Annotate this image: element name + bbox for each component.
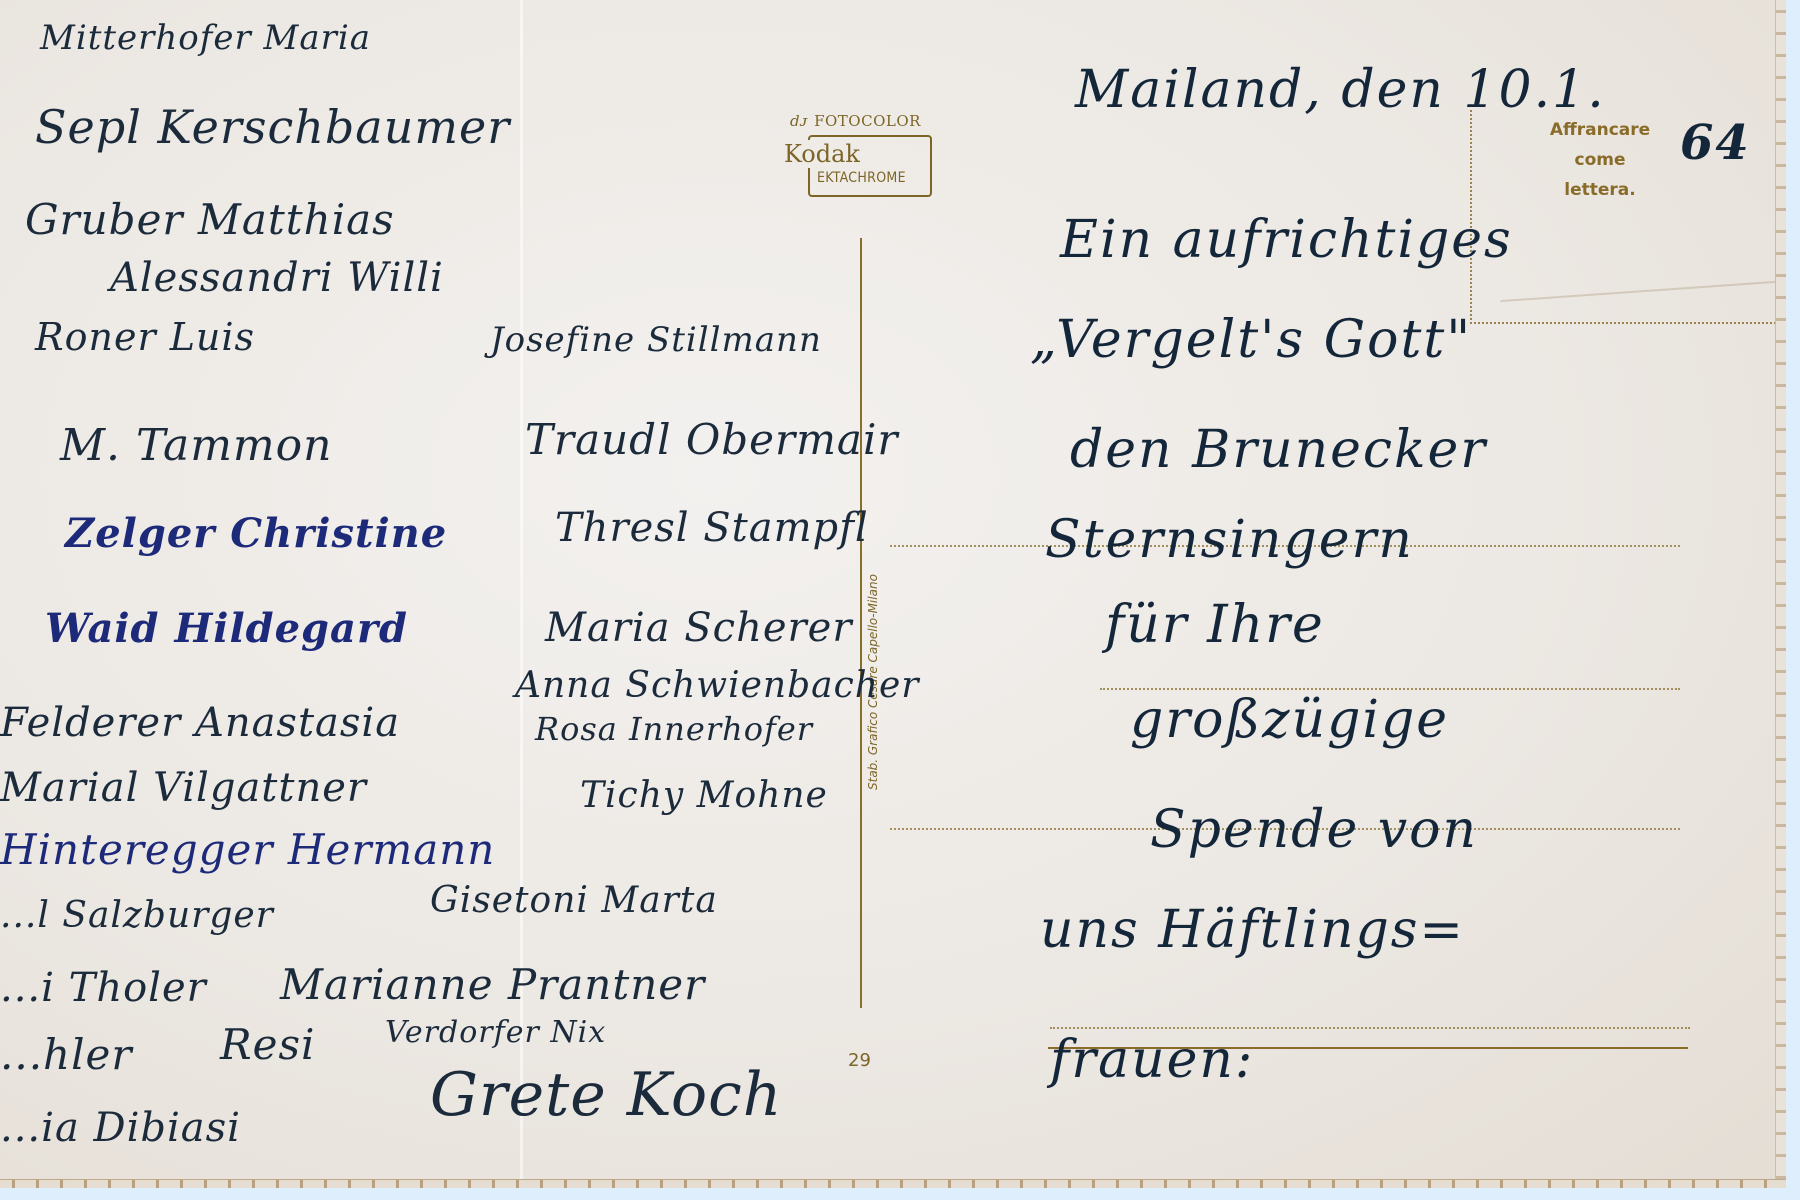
message-line-7: Spende von <box>1150 800 1478 860</box>
fold-mark <box>520 0 523 1188</box>
fotocolor-text: FOTOCOLOR <box>814 112 921 130</box>
signature: Mitterhofer Maria <box>40 18 371 58</box>
message-line-2: „Vergelt's Gott" <box>1030 310 1472 370</box>
signature: M. Tammon <box>60 420 332 471</box>
signature: ...i Tholer <box>0 965 207 1011</box>
deckled-edge-right <box>1775 0 1786 1188</box>
signature: Felderer Anastasia <box>0 700 400 746</box>
message-line-9: frauen: <box>1050 1030 1254 1090</box>
signature: Resi <box>220 1020 315 1069</box>
signature: Marianne Prantner <box>280 960 705 1009</box>
signature: Sepl Kerschbaumer <box>35 100 510 154</box>
signature: ...ia Dibiasi <box>0 1105 241 1151</box>
signature: Traudl Obermair <box>525 415 898 464</box>
message-line-8: uns Häftlings= <box>1040 900 1465 960</box>
message-line-1: Ein aufrichtiges <box>1060 210 1513 270</box>
center-divider <box>860 238 862 1008</box>
signature: Rosa Innerhofer <box>535 710 813 748</box>
deckled-edge-bottom <box>0 1179 1786 1188</box>
signature: Waid Hildegard <box>45 605 408 652</box>
signature: Alessandri Willi <box>110 255 444 301</box>
signature: ...hler <box>0 1030 132 1079</box>
signature: Gruber Matthias <box>25 195 395 244</box>
message-line-5: für Ihre <box>1105 595 1325 655</box>
stamp-instructions: Affrancare come lettera. <box>1500 115 1700 205</box>
publisher-mark: dᴊ <box>790 112 808 130</box>
signature: ...l Salzburger <box>0 895 274 936</box>
fotocolor-label: dᴊFOTOCOLOR <box>790 112 921 130</box>
card-number: 29 <box>848 1050 871 1071</box>
message-line-6: großzügige <box>1130 690 1449 750</box>
signature: Zelger Christine <box>65 510 447 557</box>
ektachrome-label: EKTACHROME <box>817 170 906 186</box>
signature: Maria Scherer <box>545 605 852 651</box>
signature: Gisetoni Marta <box>430 880 718 921</box>
signature: Anna Schwienbacher <box>515 665 919 706</box>
stamp-line-2: come <box>1500 145 1700 175</box>
kodak-logo: Kodak <box>784 140 862 168</box>
message-line-4: Sternsingern <box>1045 510 1414 570</box>
message-date: Mailand, den 10.1. <box>1075 60 1606 120</box>
signature: Roner Luis <box>35 315 255 359</box>
postcard-back: dᴊFOTOCOLOR Kodak EKTACHROME Stab. Grafi… <box>0 0 1786 1188</box>
signature: Verdorfer Nix <box>385 1015 606 1050</box>
message-year: 64 <box>1680 115 1751 171</box>
signature: Grete Koch <box>430 1060 782 1130</box>
signature: Josefine Stillmann <box>490 320 822 360</box>
signature: Marial Vilgattner <box>0 765 367 811</box>
message-line-3: den Brunecker <box>1070 420 1487 480</box>
address-line-4 <box>1050 1027 1690 1029</box>
signature: Thresl Stampfl <box>555 505 869 551</box>
stamp-line-3: lettera. <box>1500 175 1700 205</box>
signature: Hinteregger Hermann <box>0 825 495 874</box>
signature: Tichy Mohne <box>580 775 828 816</box>
